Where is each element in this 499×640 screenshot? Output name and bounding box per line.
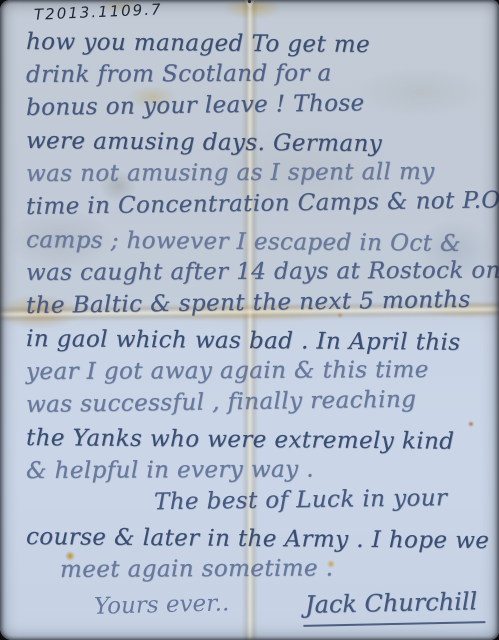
letter-line: the Baltic & spent the next 5 months xyxy=(26,283,495,323)
paper-notch-tear xyxy=(248,0,251,3)
letter-page: T2013.1109.7 how you managed To get me d… xyxy=(0,0,499,640)
letter-line: bonus on your leave ! Those xyxy=(26,85,495,125)
signature: Jack Churchill xyxy=(303,582,486,627)
valediction: Yours ever.. xyxy=(26,584,230,627)
letter-line: time in Concentration Camps & not P.O.W. xyxy=(26,184,495,224)
letter-line: was successful , finally reaching xyxy=(26,382,495,422)
letter-body: how you managed To get me drink from Sco… xyxy=(26,26,495,640)
signature-row: Yours ever.. Jack Churchill xyxy=(26,587,495,625)
scanned-letter-photo: T2013.1109.7 how you managed To get me d… xyxy=(0,0,499,640)
letter-line-closing: The best of Luck in your xyxy=(26,481,495,521)
letter-line: meet again sometime . xyxy=(26,552,495,587)
